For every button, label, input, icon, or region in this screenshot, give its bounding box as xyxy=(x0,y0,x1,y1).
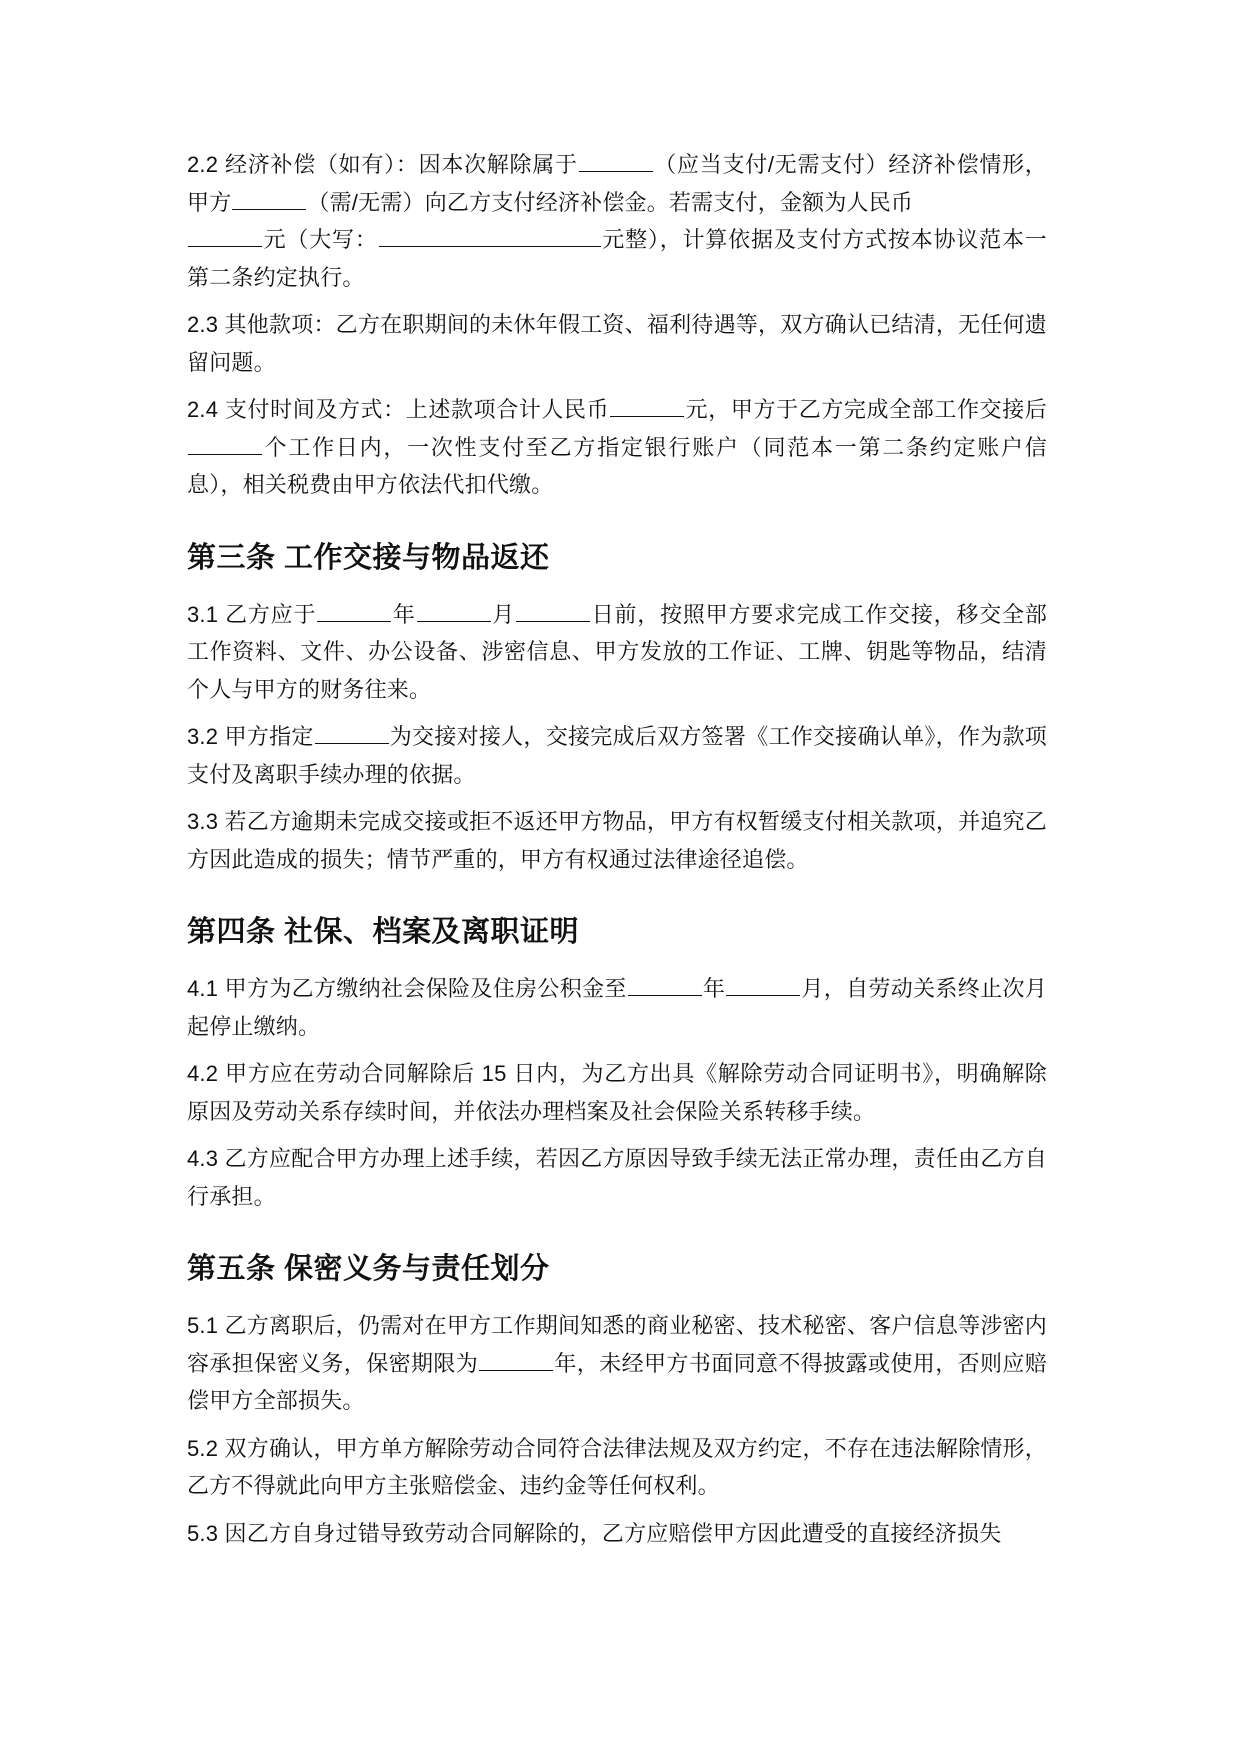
fill-blank[interactable] xyxy=(188,224,262,247)
section-heading-4: 第四条 社保、档案及离职证明 xyxy=(187,912,1047,952)
clause-4-3: 4.3 乙方应配合甲方办理上述手续，若因乙方原因导致手续无法正常办理，责任由乙方… xyxy=(187,1140,1047,1215)
clause-text: 年 xyxy=(392,602,415,627)
clause-3-2: 3.2 甲方指定为交接对接人，交接完成后双方签署《工作交接确认单》，作为款项支付… xyxy=(187,718,1047,793)
fill-blank[interactable] xyxy=(417,599,491,622)
fill-blank[interactable] xyxy=(628,973,702,996)
clause-text: 2.4 支付时间及方式：上述款项合计人民币 xyxy=(187,397,609,422)
clause-2-3: 2.3 其他款项：乙方在职期间的未休年假工资、福利待遇等，双方确认已结清，无任何… xyxy=(187,306,1047,381)
clause-text: 个工作日内，一次性支付至乙方指定银行账户（同范本一第二条约定账户信息），相关税费… xyxy=(187,435,1047,498)
clause-text: 3.2 甲方指定 xyxy=(187,724,314,749)
clause-5-3: 5.3 因乙方自身过错导致劳动合同解除的，乙方应赔偿甲方因此遭受的直接经济损失 xyxy=(187,1515,1047,1553)
fill-blank[interactable] xyxy=(479,1348,553,1371)
clause-text: （需/无需）向乙方支付经济补偿金。若需支付，金额为人民币 xyxy=(307,190,913,215)
clause-5-2: 5.2 双方确认，甲方单方解除劳动合同符合法律法规及双方约定，不存在违法解除情形… xyxy=(187,1430,1047,1505)
section-heading-5: 第五条 保密义务与责任划分 xyxy=(187,1249,1047,1289)
clause-4-2: 4.2 甲方应在劳动合同解除后 15 日内，为乙方出具《解除劳动合同证明书》，明… xyxy=(187,1055,1047,1130)
section-heading-3: 第三条 工作交接与物品返还 xyxy=(187,538,1047,578)
document-page: 2.2 经济补偿（如有）：因本次解除属于（应当支付/无需支付）经济补偿情形，甲方… xyxy=(187,146,1047,1562)
clause-text: 4.1 甲方为乙方缴纳社会保险及住房公积金至 xyxy=(187,976,627,1001)
clause-2-4: 2.4 支付时间及方式：上述款项合计人民币元，甲方于乙方完成全部工作交接后个工作… xyxy=(187,391,1047,504)
clause-3-3: 3.3 若乙方逾期未完成交接或拒不返还甲方物品，甲方有权暂缓支付相关款项，并追究… xyxy=(187,803,1047,878)
clause-text: 元（大写： xyxy=(263,227,378,252)
clause-text: 元，甲方于乙方完成全部工作交接后 xyxy=(685,397,1047,422)
clause-text: 月 xyxy=(492,602,515,627)
fill-blank[interactable] xyxy=(317,599,391,622)
clause-5-1: 5.1 乙方离职后，仍需对在甲方工作期间知悉的商业秘密、技术秘密、客户信息等涉密… xyxy=(187,1307,1047,1420)
clause-text: 年 xyxy=(703,976,725,1001)
fill-blank[interactable] xyxy=(579,149,653,172)
fill-blank-long[interactable] xyxy=(379,224,601,247)
fill-blank[interactable] xyxy=(315,721,389,744)
fill-blank[interactable] xyxy=(232,187,306,210)
clause-4-1: 4.1 甲方为乙方缴纳社会保险及住房公积金至年月，自劳动关系终止次月起停止缴纳。 xyxy=(187,970,1047,1045)
clause-text: 2.2 经济补偿（如有）：因本次解除属于 xyxy=(187,152,578,177)
fill-blank[interactable] xyxy=(188,432,262,455)
fill-blank[interactable] xyxy=(726,973,800,996)
fill-blank[interactable] xyxy=(610,394,684,417)
fill-blank[interactable] xyxy=(516,599,590,622)
clause-3-1: 3.1 乙方应于年月日前，按照甲方要求完成工作交接，移交全部工作资料、文件、办公… xyxy=(187,596,1047,709)
clause-2-2: 2.2 经济补偿（如有）：因本次解除属于（应当支付/无需支付）经济补偿情形，甲方… xyxy=(187,146,1047,296)
clause-text: 3.1 乙方应于 xyxy=(187,602,316,627)
